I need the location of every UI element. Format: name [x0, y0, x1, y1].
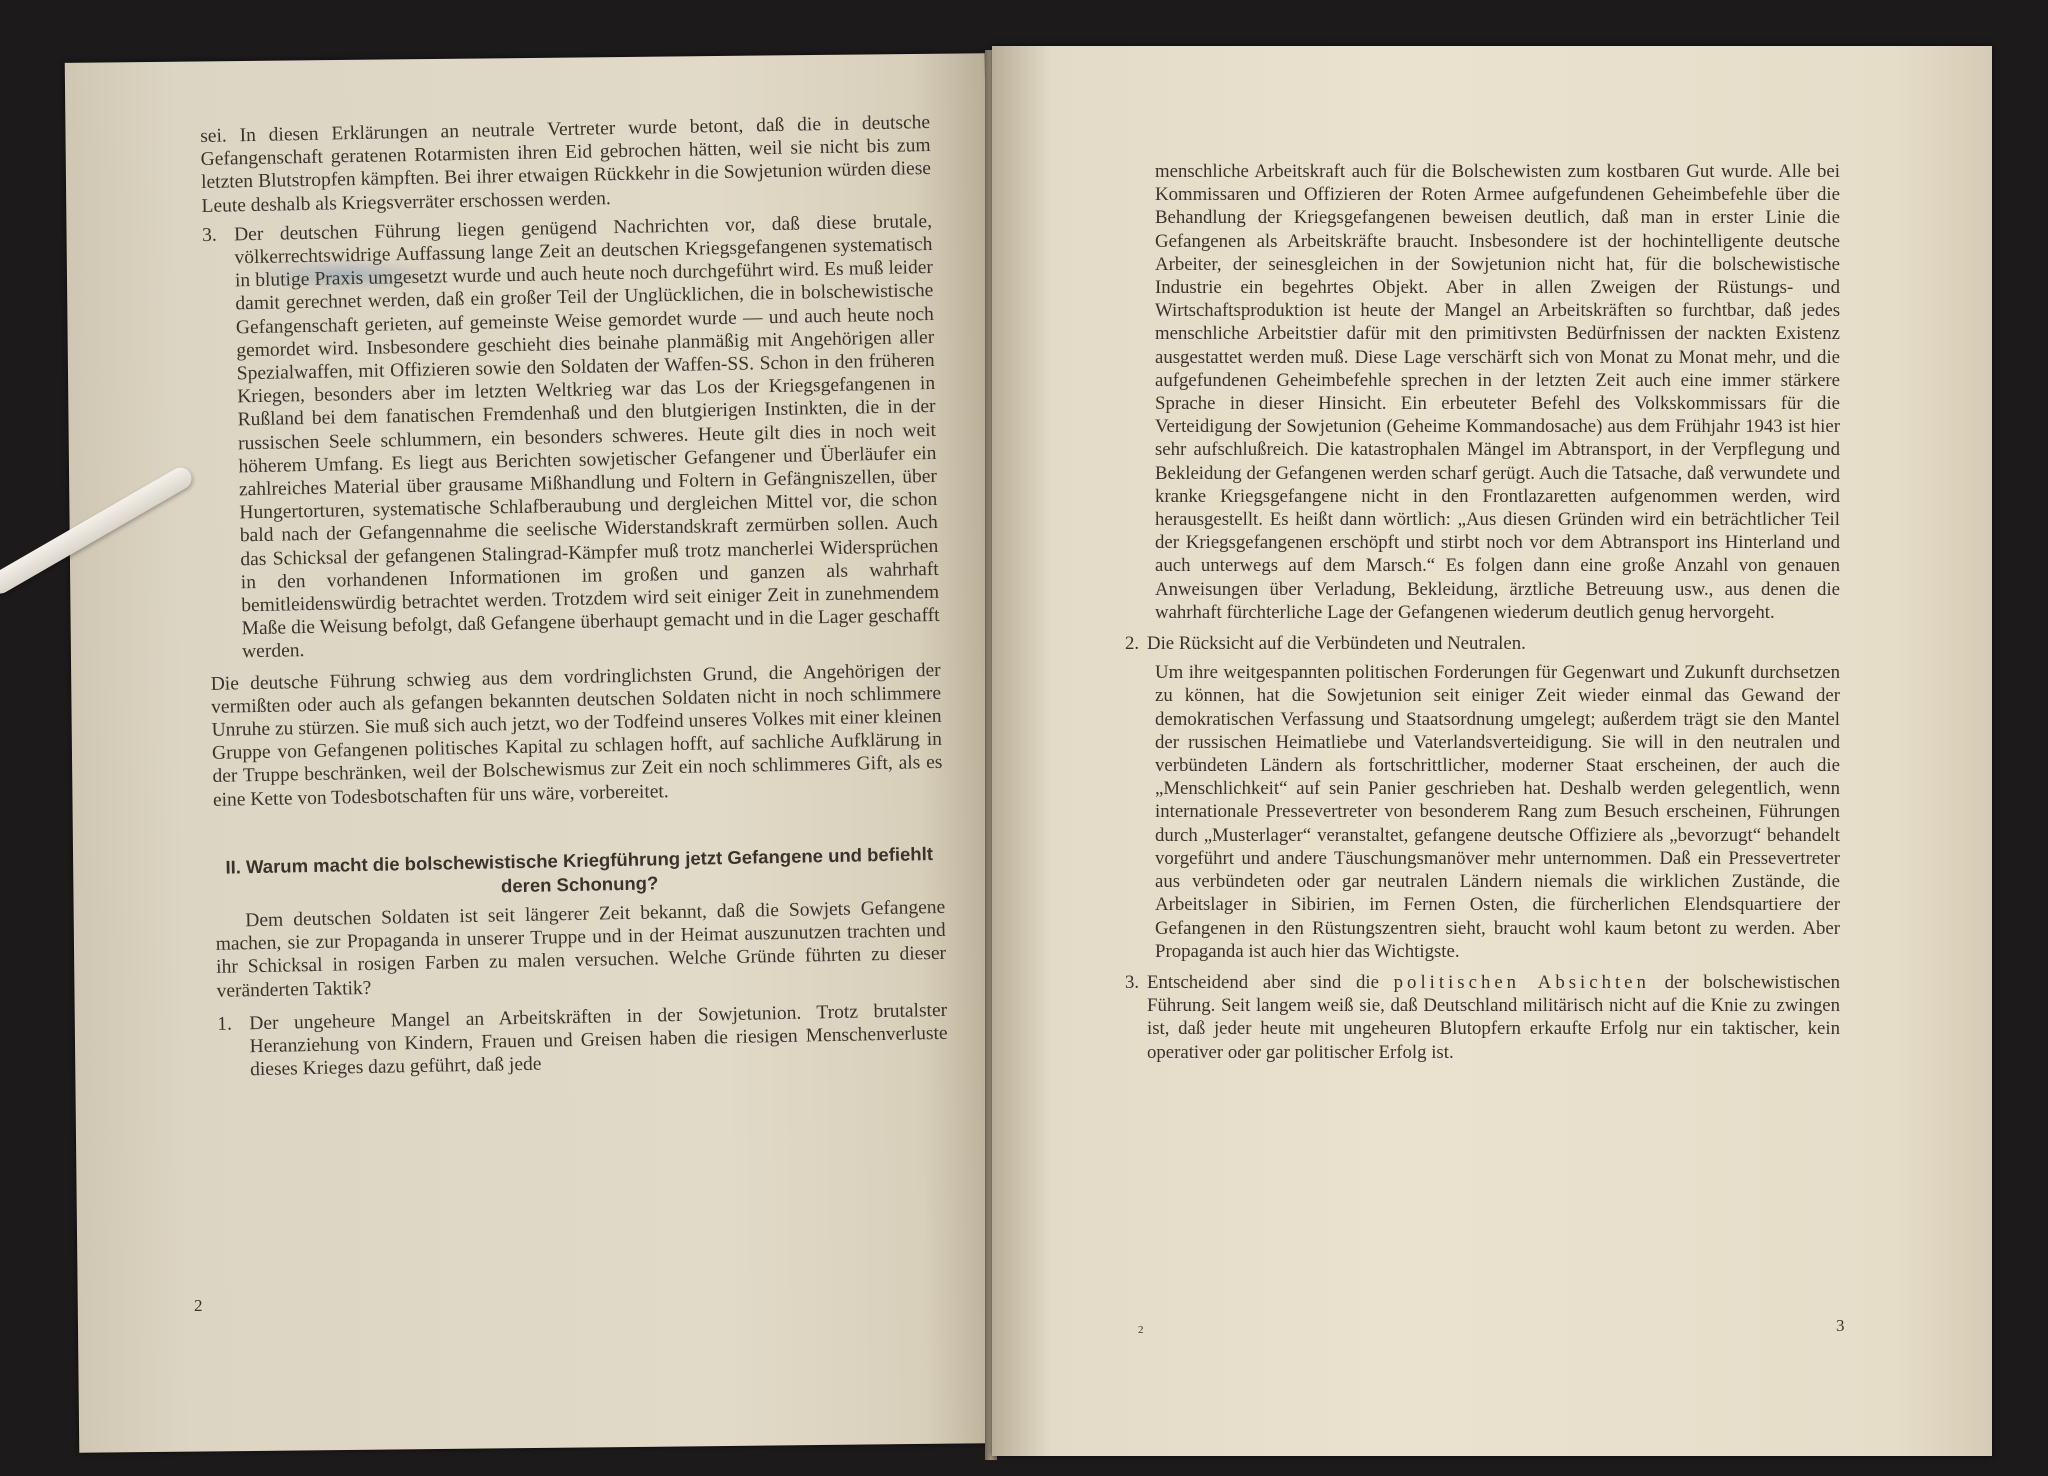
right-page-text: menschliche Arbeitskraft auch für die Bo… — [1155, 160, 1840, 1068]
left-page-text: sei. In diesen Erklärungen an neutrale V… — [200, 111, 948, 1086]
signature-mark: 2 — [1138, 1324, 1144, 1336]
item-text: Der ungeheure Mangel an Arbeitskräften i… — [249, 999, 948, 1082]
item-number: 3. — [1125, 971, 1147, 1064]
page-number: 3 — [1836, 1316, 1845, 1336]
page-number: 2 — [194, 1296, 203, 1316]
item-number: 2. — [1125, 632, 1147, 655]
item-text: Entscheidend aber sind die politischen A… — [1147, 971, 1840, 1064]
list-item-2: 2. Die Rücksicht auf die Verbündeten und… — [1155, 632, 1840, 655]
item-text: Der deutschen Führung liegen genügend Na… — [234, 210, 940, 664]
closing-paragraph: Die deutsche Führung schwieg aus dem vor… — [211, 659, 944, 812]
item-number: 1. — [217, 1012, 240, 1082]
list-item-3: 3. Entscheidend aber sind die politische… — [1155, 971, 1840, 1064]
item-lead: Entscheidend aber sind die — [1147, 972, 1379, 993]
item-2-text: Um ihre weitgespannten politischen Forde… — [1155, 661, 1840, 963]
opening-paragraph: sei. In diesen Erklärungen an neutrale V… — [200, 111, 932, 218]
item-title: Die Rücksicht auf die Verbündeten und Ne… — [1147, 632, 1840, 655]
list-item-1: 1. Der ungeheure Mangel an Arbeitskräfte… — [217, 999, 948, 1083]
intro-paragraph: Dem deutschen Soldaten ist seit längerer… — [215, 896, 947, 1003]
section-heading: II. Warum macht die bolschewistische Kri… — [214, 842, 945, 904]
list-item-3: 3. Der deutschen Führung liegen genügend… — [202, 210, 940, 665]
continuation-paragraph: menschliche Arbeitskraft auch für die Bo… — [1155, 160, 1840, 624]
emphasis-spaced: politischen Absichten — [1394, 972, 1650, 993]
